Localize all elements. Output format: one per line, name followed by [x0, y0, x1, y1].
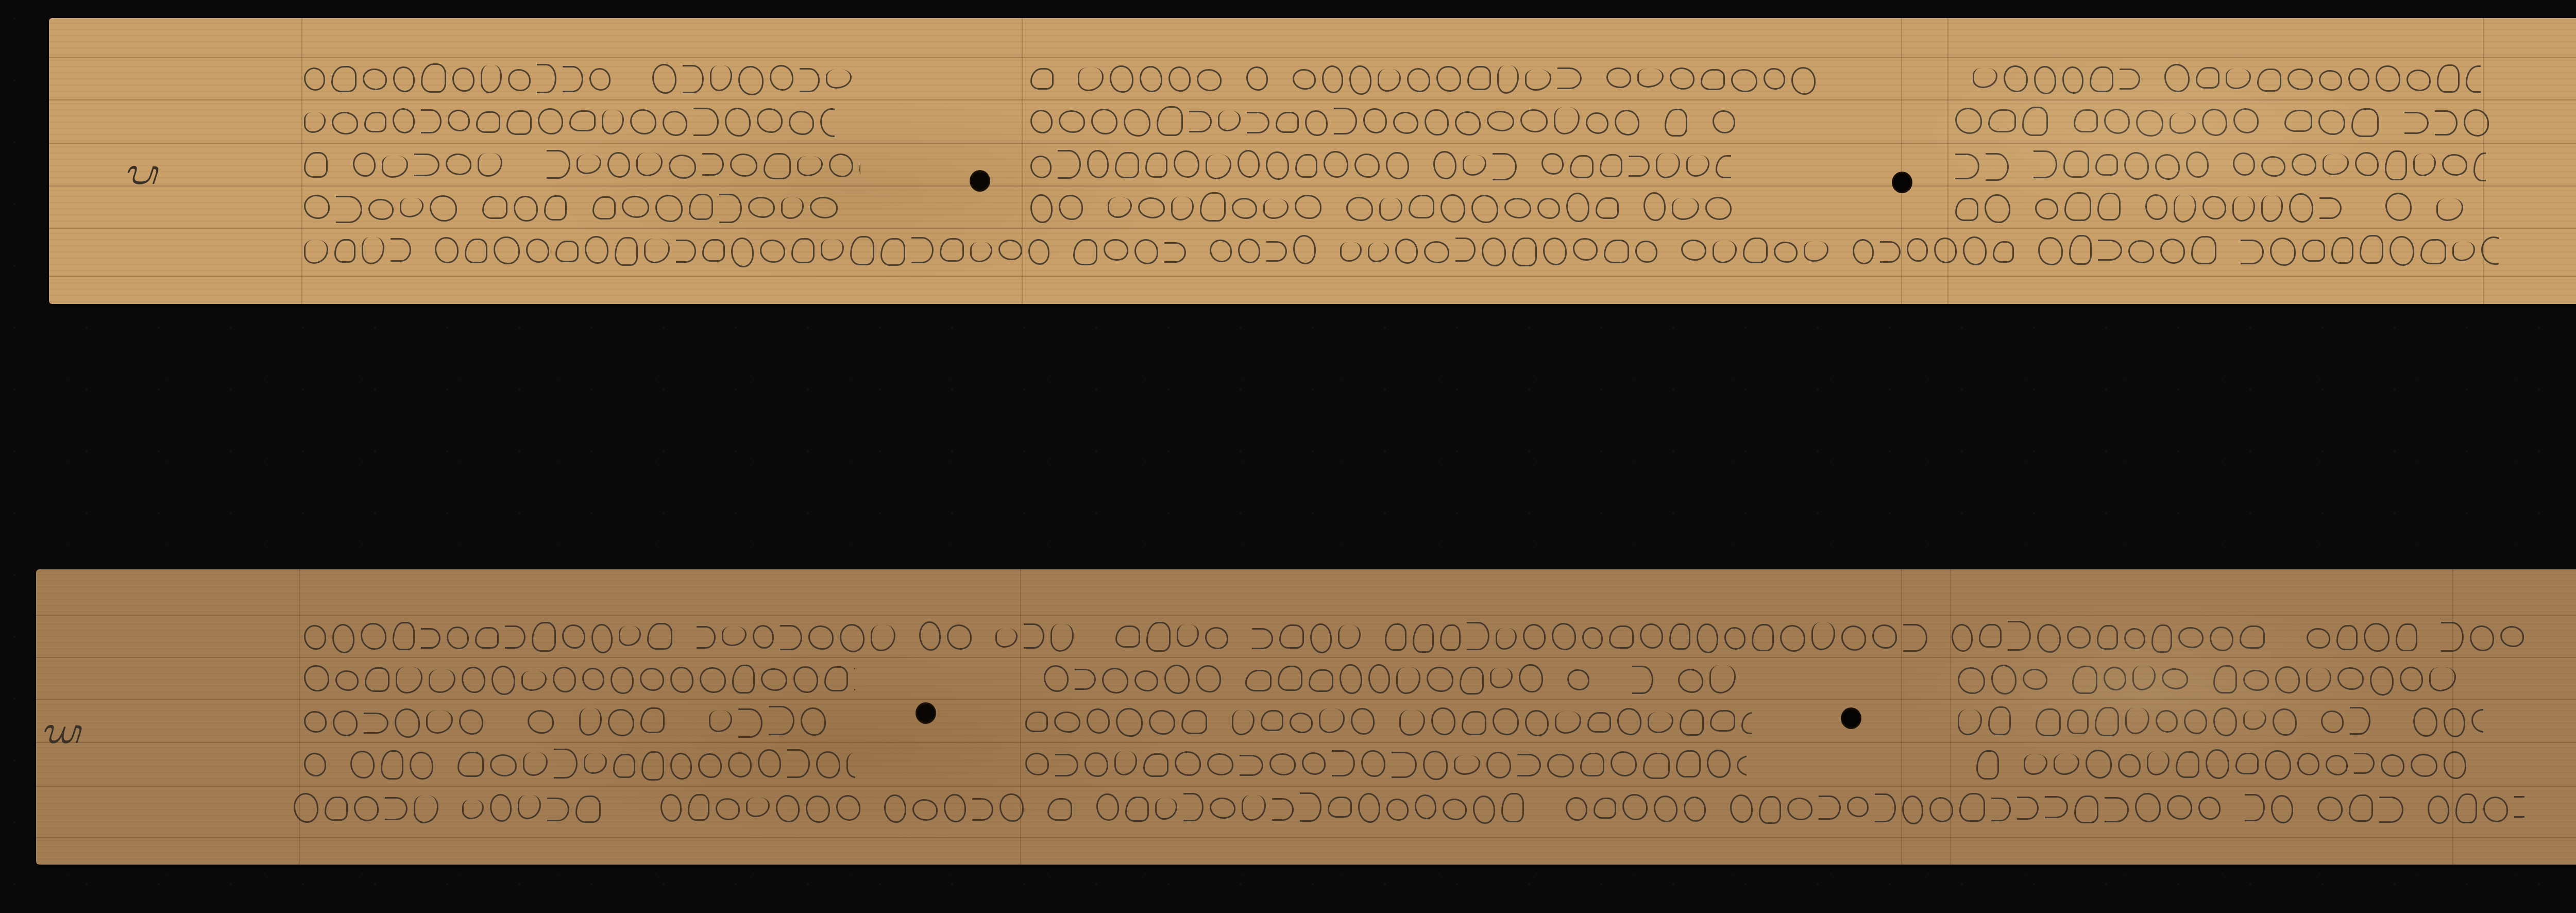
script-glyph: [1108, 197, 1131, 218]
script-glyph: [1110, 65, 1133, 93]
script-glyph: [1493, 153, 1517, 180]
script-glyph: [591, 624, 613, 653]
script-glyph: [1028, 239, 1049, 264]
script-line-right: [1955, 60, 2481, 96]
ruling-line: [36, 699, 2576, 700]
script-glyph: [1084, 752, 1108, 777]
script-line-full-width: [304, 231, 2499, 267]
script-glyph: [1207, 753, 1233, 775]
script-glyph: [1467, 66, 1491, 90]
script-glyph: [2389, 236, 2414, 266]
script-glyph: [722, 627, 746, 646]
script-glyph: [1293, 235, 1316, 264]
script-glyph: [476, 111, 500, 133]
script-glyph: [1872, 624, 1897, 649]
script-glyph: [1958, 667, 1985, 694]
script-glyph: [940, 238, 964, 262]
script-glyph: [1455, 111, 1481, 136]
script-glyph: [1635, 241, 1657, 263]
script-glyph: [1025, 753, 1049, 776]
script-glyph: [911, 237, 934, 263]
script-glyph: [2232, 196, 2255, 222]
script-glyph: [2464, 109, 2489, 137]
script-glyph: [1517, 754, 1540, 776]
script-glyph: [1149, 710, 1175, 735]
script-glyph: [999, 793, 1023, 822]
script-glyph: [426, 711, 453, 734]
script-glyph: [331, 66, 357, 92]
script-glyph: [506, 110, 532, 135]
script-glyph: [1427, 667, 1453, 692]
script-glyph: [1269, 753, 1296, 775]
script-glyph: [1073, 239, 1097, 265]
script-glyph: [758, 749, 781, 777]
script-glyph: [1030, 156, 1052, 178]
script-glyph: [2090, 66, 2113, 92]
script-glyph: [1091, 109, 1117, 134]
script-glyph: [2441, 622, 2464, 651]
ruling-line: [49, 143, 2576, 144]
script-glyph: [304, 711, 327, 733]
script-glyph: [365, 667, 389, 691]
script-glyph: [619, 626, 641, 646]
script-glyph: [1991, 665, 2016, 694]
script-glyph: [2155, 154, 2179, 180]
script-glyph: [1266, 241, 1287, 262]
script-glyph: [532, 622, 556, 652]
script-glyph: [2370, 666, 2394, 696]
script-glyph: [1245, 670, 1272, 691]
script-glyph: [447, 627, 469, 649]
script-glyph: [2376, 65, 2400, 92]
script-glyph: [1680, 709, 1704, 736]
script-glyph: [393, 66, 415, 92]
script-glyph: [2483, 797, 2509, 822]
script-glyph: [1713, 110, 1735, 134]
script-glyph: [2351, 108, 2379, 138]
script-glyph: [2481, 236, 2499, 265]
script-glyph: [689, 194, 713, 220]
script-glyph: [1238, 150, 1260, 178]
script-glyph: [1811, 622, 1835, 650]
script-glyph: [2261, 195, 2283, 222]
script-glyph: [2213, 665, 2237, 693]
script-glyph: [1436, 66, 1461, 92]
script-glyph: [1669, 623, 1690, 650]
script-glyph: [1490, 668, 1513, 688]
script-glyph: [2034, 66, 2056, 94]
script-glyph: [636, 153, 663, 176]
script-glyph: [1764, 68, 1785, 90]
script-glyph: [1078, 67, 1104, 91]
script-line-right: [1958, 702, 2483, 738]
script-glyph: [1497, 65, 1519, 94]
script-glyph: [611, 667, 633, 694]
script-glyph: [1218, 111, 1241, 131]
script-glyph: [753, 625, 774, 648]
script-glyph: [1730, 794, 1753, 823]
ruling-line: [49, 228, 2576, 229]
script-glyph: [589, 68, 611, 91]
script-glyph: [836, 795, 860, 820]
script-glyph: [2306, 668, 2331, 692]
script-glyph: [1295, 154, 1317, 177]
script-glyph: [1787, 798, 1812, 820]
script-glyph: [448, 110, 470, 132]
script-glyph: [2420, 239, 2446, 264]
script-glyph: [304, 753, 326, 776]
script-glyph: [1520, 109, 1548, 132]
script-glyph: [1266, 151, 1289, 180]
leaf-number-mark: ᬬ: [39, 708, 80, 767]
script-glyph: [1547, 754, 1574, 777]
script-glyph: [732, 665, 755, 694]
string-hole: [916, 702, 936, 724]
script-glyph: [1059, 110, 1085, 133]
script-glyph: [393, 622, 414, 650]
script-glyph: [2213, 707, 2238, 736]
script-glyph: [2097, 193, 2120, 221]
script-glyph: [1058, 150, 1081, 179]
script-glyph: [457, 752, 484, 777]
script-glyph: [1164, 242, 1186, 263]
script-glyph: [462, 800, 483, 819]
script-glyph: [1656, 153, 1680, 178]
script-glyph: [333, 711, 358, 737]
script-glyph: [1433, 151, 1456, 179]
script-glyph: [2160, 239, 2185, 263]
script-glyph: [1276, 112, 1299, 133]
script-glyph: [1423, 751, 1448, 780]
script-glyph: [2385, 193, 2412, 221]
script-glyph: [2350, 707, 2370, 735]
script-glyph: [2284, 110, 2312, 131]
script-glyph: [1654, 796, 1677, 822]
script-glyph: [709, 711, 733, 732]
script-glyph: [1386, 152, 1409, 179]
script-glyph: [757, 108, 783, 133]
script-glyph: [1566, 797, 1587, 821]
script-glyph: [508, 69, 531, 91]
script-glyph: [364, 112, 386, 132]
script-glyph: [801, 707, 826, 736]
script-glyph: [769, 706, 794, 735]
script-glyph: [1611, 751, 1637, 776]
script-glyph: [1622, 794, 1648, 820]
script-glyph: [1440, 194, 1465, 223]
script-glyph: [1643, 753, 1670, 779]
script-glyph: [2125, 708, 2149, 734]
script-glyph: [1617, 708, 1641, 735]
script-glyph: [332, 112, 358, 134]
script-glyph: [1232, 710, 1255, 735]
script-glyph: [698, 753, 722, 779]
ruling-line: [49, 99, 2576, 100]
script-glyph: [537, 64, 556, 93]
script-glyph: [1543, 238, 1567, 265]
script-glyph: [1322, 65, 1344, 93]
script-glyph: [2024, 754, 2047, 775]
script-glyph: [304, 665, 329, 692]
ruling-line: [36, 615, 2576, 616]
script-glyph: [1473, 796, 1495, 824]
script-glyph: [562, 624, 585, 649]
leaf-number-mark: ᬧ: [122, 149, 157, 208]
script-glyph: [2243, 711, 2266, 730]
script-glyph: [2136, 110, 2163, 137]
script-glyph: [2206, 749, 2229, 779]
script-glyph: [1205, 627, 1228, 649]
script-glyph: [2257, 69, 2281, 92]
script-glyph: [1055, 754, 1078, 776]
script-line-right: [1958, 660, 2478, 696]
script-glyph: [1175, 751, 1201, 776]
script-glyph: [304, 625, 326, 650]
script-glyph: [391, 238, 411, 262]
script-glyph: [702, 153, 724, 176]
script-glyph: [1024, 623, 1044, 648]
script-glyph: [1959, 793, 1985, 822]
script-glyph: [459, 709, 483, 735]
leaf-top: ᬧ: [49, 18, 2576, 304]
script-glyph: [1952, 624, 1973, 651]
script-glyph: [1157, 106, 1183, 136]
script-glyph: [2404, 112, 2429, 134]
script-glyph: [2038, 237, 2063, 266]
script-glyph: [2202, 109, 2227, 136]
script-line-left: [304, 660, 855, 696]
script-glyph: [670, 667, 693, 692]
script-glyph: [2292, 154, 2316, 175]
script-glyph: [1629, 156, 1650, 177]
script-glyph: [1716, 155, 1731, 178]
script-glyph: [1413, 624, 1434, 653]
script-glyph: [494, 236, 520, 264]
script-glyph: [1302, 752, 1326, 774]
script-glyph: [1847, 797, 1869, 817]
script-line-middle: [1030, 60, 1819, 96]
script-glyph: [2095, 707, 2119, 736]
script-line-left: [304, 189, 840, 225]
script-glyph: [334, 239, 355, 263]
script-glyph: [2170, 113, 2196, 134]
ruling-line: [36, 657, 2576, 658]
script-glyph: [2145, 194, 2167, 220]
script-glyph: [2062, 66, 2083, 94]
script-glyph: [1368, 664, 1391, 694]
script-glyph: [2036, 708, 2061, 736]
script-glyph: [1238, 239, 1260, 263]
script-glyph: [716, 798, 740, 820]
script-glyph: [1525, 70, 1551, 91]
script-glyph: [1263, 199, 1289, 219]
script-glyph: [2104, 109, 2130, 134]
script-glyph: [1525, 710, 1549, 736]
script-line-middle: [1025, 745, 1747, 781]
script-glyph: [1431, 707, 1455, 736]
script-glyph: [1986, 153, 2009, 181]
script-glyph: [304, 152, 328, 177]
script-glyph: [615, 237, 638, 266]
script-glyph: [435, 237, 459, 263]
script-glyph: [808, 625, 833, 650]
script-glyph: [547, 798, 570, 821]
script-glyph: [1713, 241, 1737, 263]
script-glyph: [1124, 109, 1150, 136]
script-glyph: [585, 236, 608, 264]
script-glyph: [410, 752, 433, 780]
script-glyph: [912, 799, 938, 821]
script-glyph: [1665, 109, 1687, 137]
script-glyph: [871, 625, 895, 652]
script-glyph: [2442, 154, 2467, 176]
script-glyph: [2323, 154, 2349, 175]
script-glyph: [761, 668, 787, 691]
script-glyph: [2348, 68, 2369, 91]
script-glyph: [846, 753, 855, 777]
script-glyph: [2086, 750, 2112, 779]
script-glyph: [1686, 155, 1709, 177]
script-glyph: [947, 624, 972, 649]
script-glyph: [1455, 238, 1476, 262]
script-glyph: [2072, 666, 2097, 694]
script-glyph: [385, 797, 408, 820]
script-glyph: [1487, 111, 1514, 131]
script-glyph: [1368, 243, 1389, 262]
script-glyph: [2191, 236, 2216, 264]
script-glyph: [538, 108, 563, 135]
script-glyph: [2429, 667, 2456, 691]
script-glyph: [1462, 711, 1486, 735]
script-glyph: [640, 707, 665, 733]
script-glyph: [1143, 753, 1168, 777]
script-glyph: [481, 65, 502, 93]
script-glyph: [2336, 625, 2358, 650]
script-glyph: [697, 626, 716, 648]
script-glyph: [1025, 712, 1048, 732]
script-glyph: [1672, 198, 1699, 221]
script-glyph: [826, 70, 852, 89]
script-glyph: [1580, 753, 1604, 776]
script-glyph: [1648, 712, 1673, 733]
script-glyph: [1168, 66, 1191, 92]
script-glyph: [1493, 708, 1519, 736]
script-glyph: [575, 796, 601, 823]
script-glyph: [1309, 669, 1334, 692]
script-glyph: [1804, 241, 1829, 262]
script-glyph: [1958, 709, 1982, 735]
script-glyph: [1573, 238, 1598, 261]
script-glyph: [465, 239, 487, 263]
script-glyph: [1059, 195, 1082, 220]
script-glyph: [1358, 793, 1380, 823]
script-glyph: [582, 668, 605, 690]
script-glyph: [462, 667, 485, 693]
script-glyph: [414, 154, 439, 176]
script-glyph: [2135, 793, 2160, 822]
script-glyph: [1681, 240, 1706, 261]
script-glyph: [2275, 666, 2300, 694]
script-glyph: [1567, 669, 1589, 690]
script-glyph: [353, 153, 376, 177]
script-glyph: [1030, 68, 1054, 90]
script-glyph: [2226, 69, 2251, 89]
script-glyph: [421, 109, 442, 133]
script-line-middle: [1030, 189, 1736, 225]
script-glyph: [1395, 239, 1418, 264]
script-glyph: [731, 238, 754, 267]
script-glyph: [1752, 624, 1774, 651]
script-glyph: [644, 239, 670, 264]
script-glyph: [2337, 667, 2364, 690]
script-glyph: [1640, 623, 1663, 649]
script-glyph: [1206, 155, 1232, 179]
script-glyph: [364, 713, 388, 734]
script-glyph: [1934, 238, 1957, 264]
script-glyph: [2413, 154, 2436, 177]
script-glyph: [1600, 154, 1622, 177]
script-glyph: [381, 750, 404, 779]
script-glyph: [1386, 799, 1409, 821]
script-glyph: [1587, 712, 1611, 733]
script-glyph: [2354, 753, 2375, 773]
ruling-line: [36, 786, 2576, 787]
script-glyph: [1171, 197, 1194, 221]
script-glyph: [2202, 196, 2226, 219]
script-glyph: [1340, 242, 1362, 262]
script-glyph: [1328, 797, 1351, 818]
script-glyph: [1087, 708, 1110, 734]
leaf-bottom: ᬬ: [36, 569, 2576, 865]
script-glyph: [1300, 792, 1321, 822]
script-glyph: [1363, 108, 1387, 133]
script-glyph: [998, 240, 1022, 260]
script-glyph: [2104, 667, 2126, 690]
script-glyph: [2037, 624, 2061, 652]
script-glyph: [2069, 235, 2092, 265]
script-glyph: [1841, 625, 1866, 651]
script-glyph: [2023, 669, 2047, 690]
script-glyph: [1030, 110, 1053, 133]
script-glyph: [482, 196, 507, 219]
script-glyph: [490, 794, 512, 821]
script-glyph: [2331, 237, 2353, 264]
script-glyph: [1819, 796, 1841, 820]
script-glyph: [748, 197, 774, 217]
script-glyph: [1114, 751, 1137, 775]
script-glyph: [2261, 156, 2285, 177]
script-glyph: [547, 150, 570, 179]
script-glyph: [1632, 666, 1653, 694]
script-glyph: [1637, 69, 1664, 88]
script-glyph: [335, 670, 359, 691]
script-glyph: [919, 621, 941, 651]
script-glyph: [395, 708, 420, 738]
script-glyph: [1460, 667, 1484, 695]
script-glyph: [526, 239, 550, 263]
script-glyph: [787, 749, 810, 778]
script-glyph: [475, 627, 499, 649]
script-glyph: [1424, 241, 1449, 263]
script-glyph: [2132, 666, 2156, 690]
script-glyph: [719, 194, 742, 223]
script-line-left: [304, 60, 858, 96]
script-line-right: [1958, 745, 2468, 781]
script-glyph: [1349, 65, 1371, 95]
script-glyph: [820, 108, 835, 137]
script-glyph: [1087, 150, 1109, 178]
script-glyph: [1134, 239, 1159, 264]
